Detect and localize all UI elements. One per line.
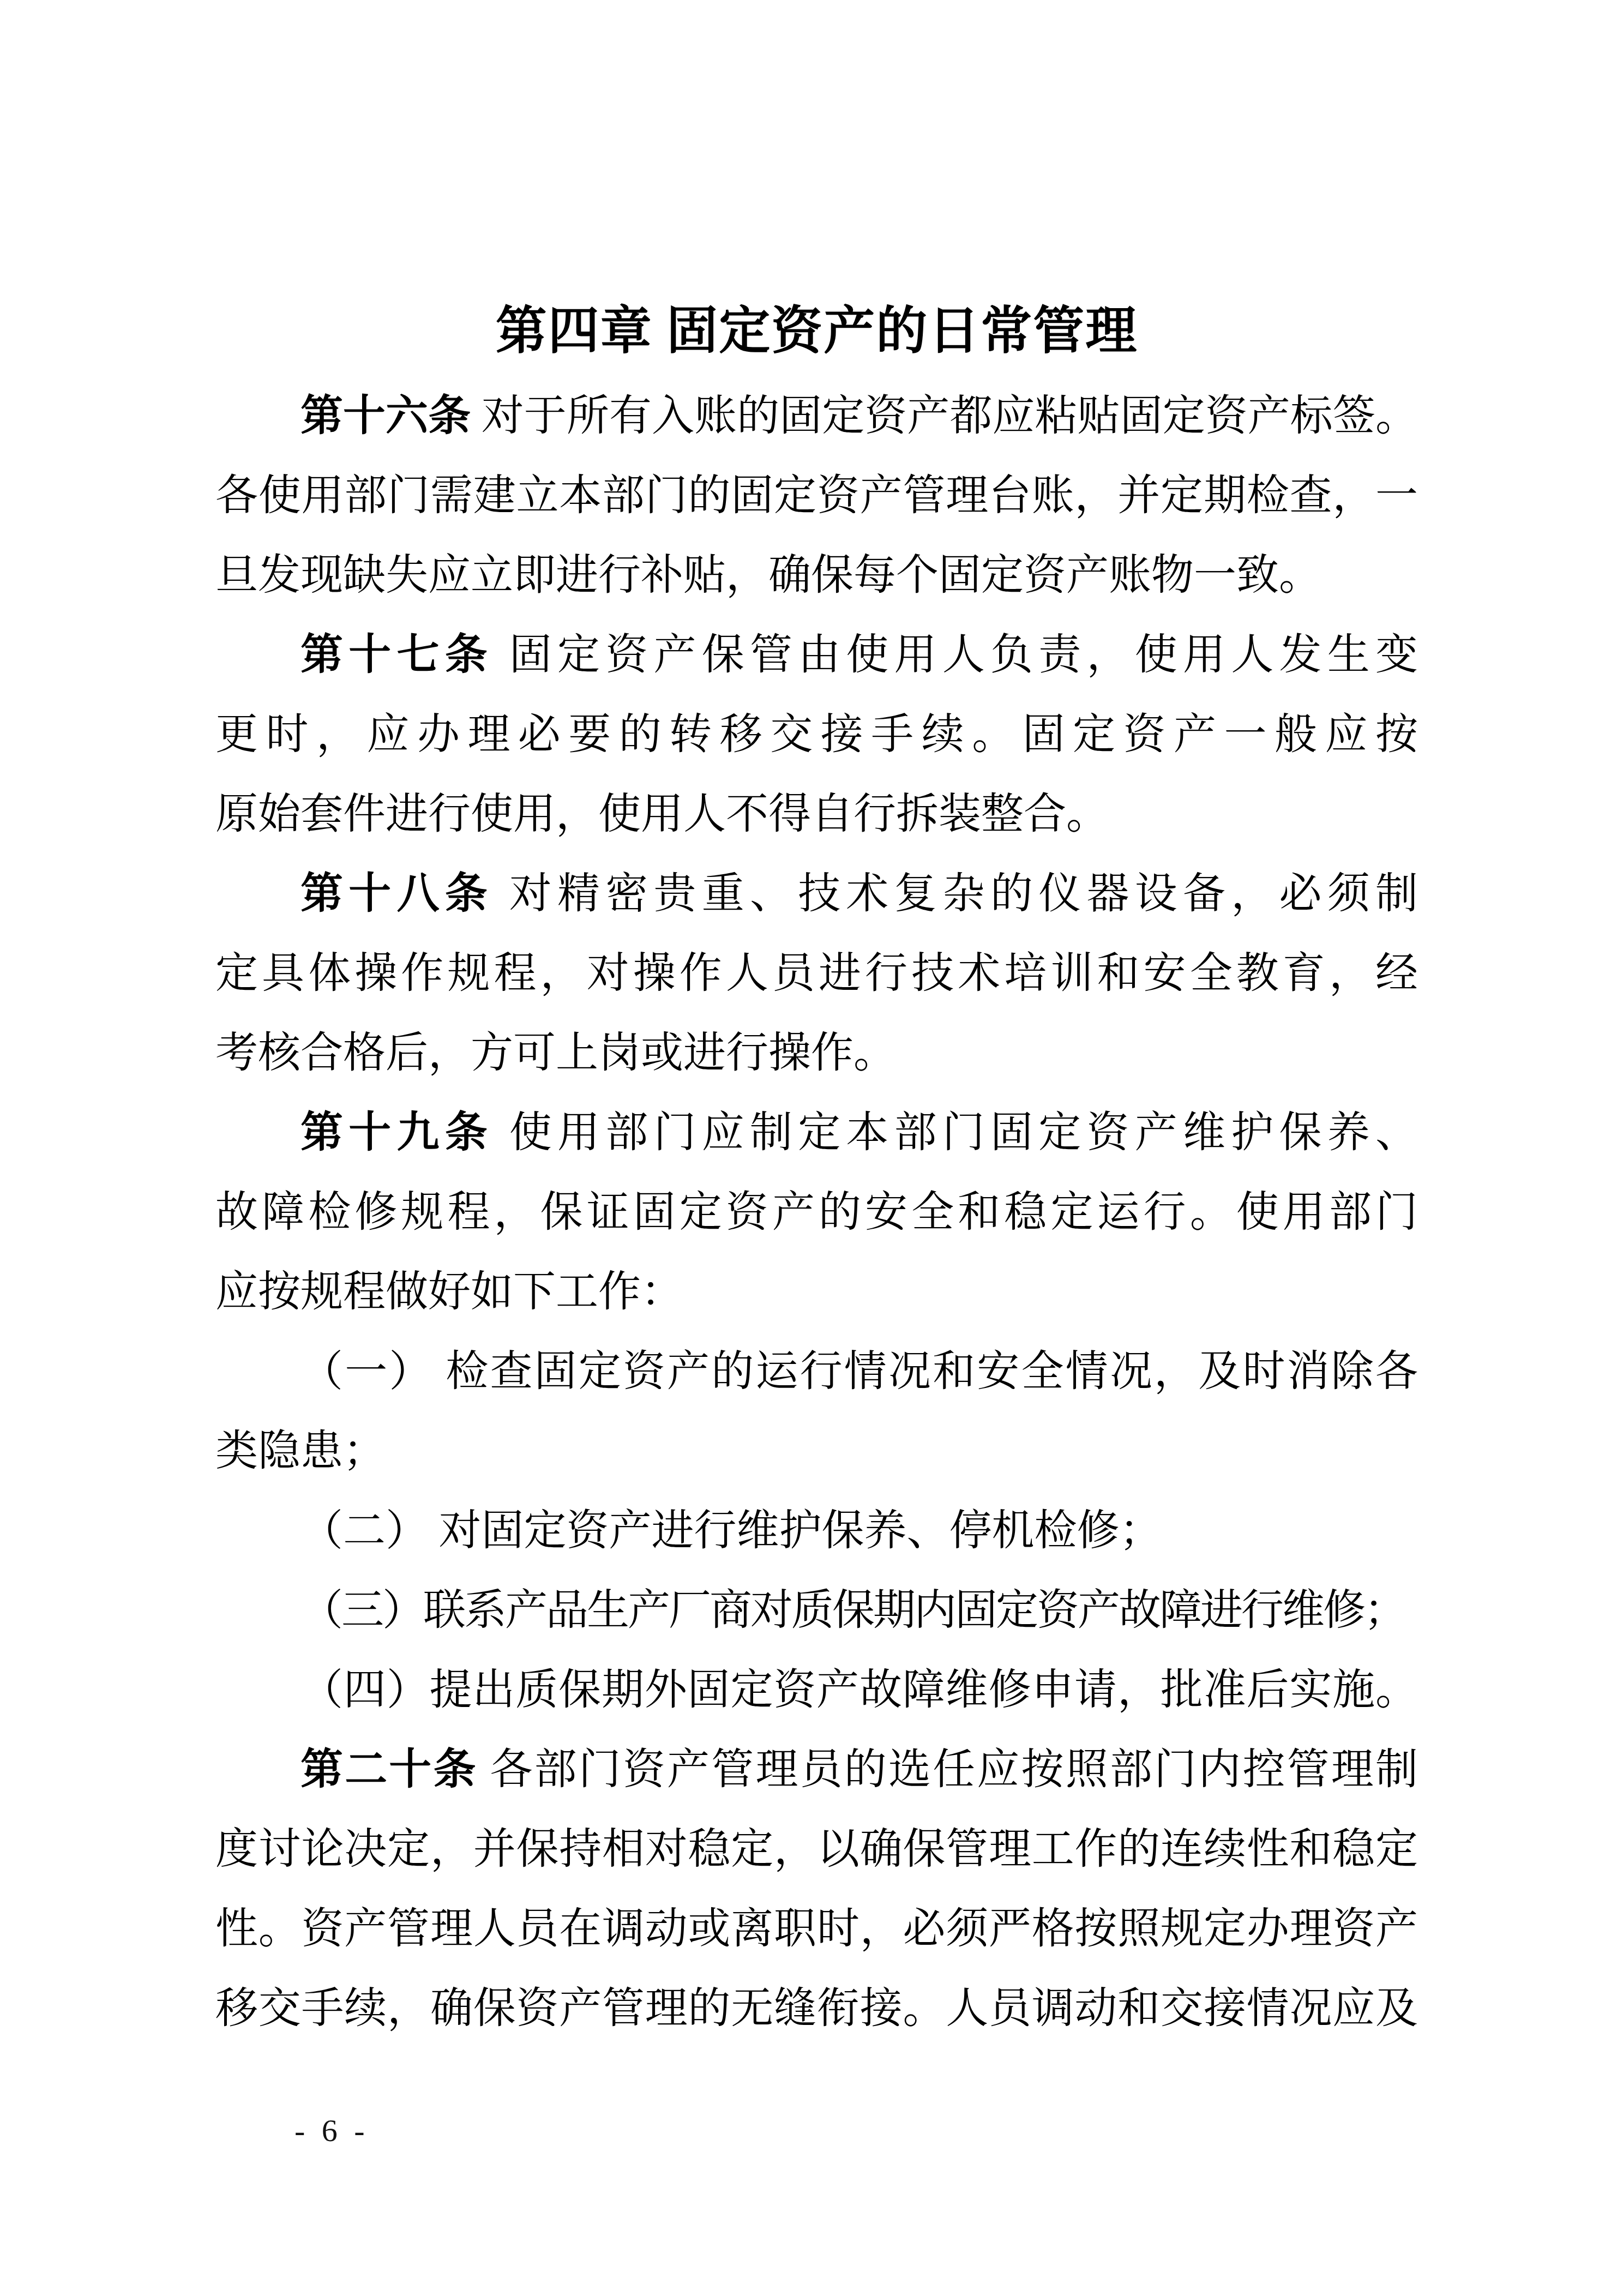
text-line: 定具体操作规程，对操作人员进行技术培训和安全教育，经	[215, 934, 1418, 1013]
text-line: 原始套件进行使用，使用人不得自行拆装整合。	[215, 774, 1418, 854]
article-number: 第十九条	[300, 1109, 493, 1156]
text-line: 移交手续，确保资产管理的无缝衔接。人员调动和交接情况应及	[215, 1969, 1418, 2048]
text-line: 第二十条 各部门资产管理员的选任应按照部门内控管理制	[215, 1730, 1418, 1810]
text-line: 类隐患；	[215, 1411, 1418, 1491]
article-number: 第十八条	[300, 870, 493, 917]
text-line: 故障检修规程，保证固定资产的安全和稳定运行。使用部门	[215, 1173, 1418, 1252]
article-number: 第十六条	[300, 392, 471, 440]
text-line: 第十六条 对于所有入账的固定资产都应粘贴固定资产标签。	[215, 376, 1418, 456]
text-line: （一） 检查固定资产的运行情况和安全情况，及时消除各	[215, 1332, 1418, 1411]
text-line: 旦发现缺失应立即进行补贴，确保每个固定资产账物一致。	[215, 536, 1418, 615]
text-line: 应按规程做好如下工作：	[215, 1252, 1418, 1332]
text-line: 度讨论决定，并保持相对稳定，以确保管理工作的连续性和稳定	[215, 1810, 1418, 1889]
text-line: 第十九条 使用部门应制定本部门固定资产维护保养、	[215, 1093, 1418, 1173]
text-line: 第十七条 固定资产保管由使用人负责，使用人发生变	[215, 615, 1418, 695]
article-number: 第二十条	[300, 1746, 478, 1793]
text-line: 第十八条 对精密贵重、技术复杂的仪器设备，必须制	[215, 854, 1418, 934]
document-body: 第十六条 对于所有入账的固定资产都应粘贴固定资产标签。各使用部门需建立本部门的固…	[215, 376, 1418, 2048]
text-line: 考核合格后，方可上岗或进行操作。	[215, 1013, 1418, 1093]
document-page: 第四章 固定资产的日常管理 第十六条 对于所有入账的固定资产都应粘贴固定资产标签…	[0, 0, 1623, 2296]
text-line: 更时，应办理必要的转移交接手续。固定资产一般应按	[215, 695, 1418, 774]
text-line: 性。资产管理人员在调动或离职时，必须严格按照规定办理资产	[215, 1889, 1418, 1969]
article-number: 第十七条	[300, 631, 493, 678]
text-line: （三）联系产品生产厂商对质保期内固定资产故障进行维修；	[215, 1571, 1418, 1650]
text-line: （二） 对固定资产进行维护保养、停机检修；	[215, 1491, 1418, 1571]
chapter-title: 第四章 固定资产的日常管理	[215, 292, 1418, 371]
page-number: - 6 -	[294, 2106, 369, 2155]
text-line: （四）提出质保期外固定资产故障维修申请，批准后实施。	[215, 1650, 1418, 1730]
text-line: 各使用部门需建立本部门的固定资产管理台账，并定期检查，一	[215, 456, 1418, 536]
